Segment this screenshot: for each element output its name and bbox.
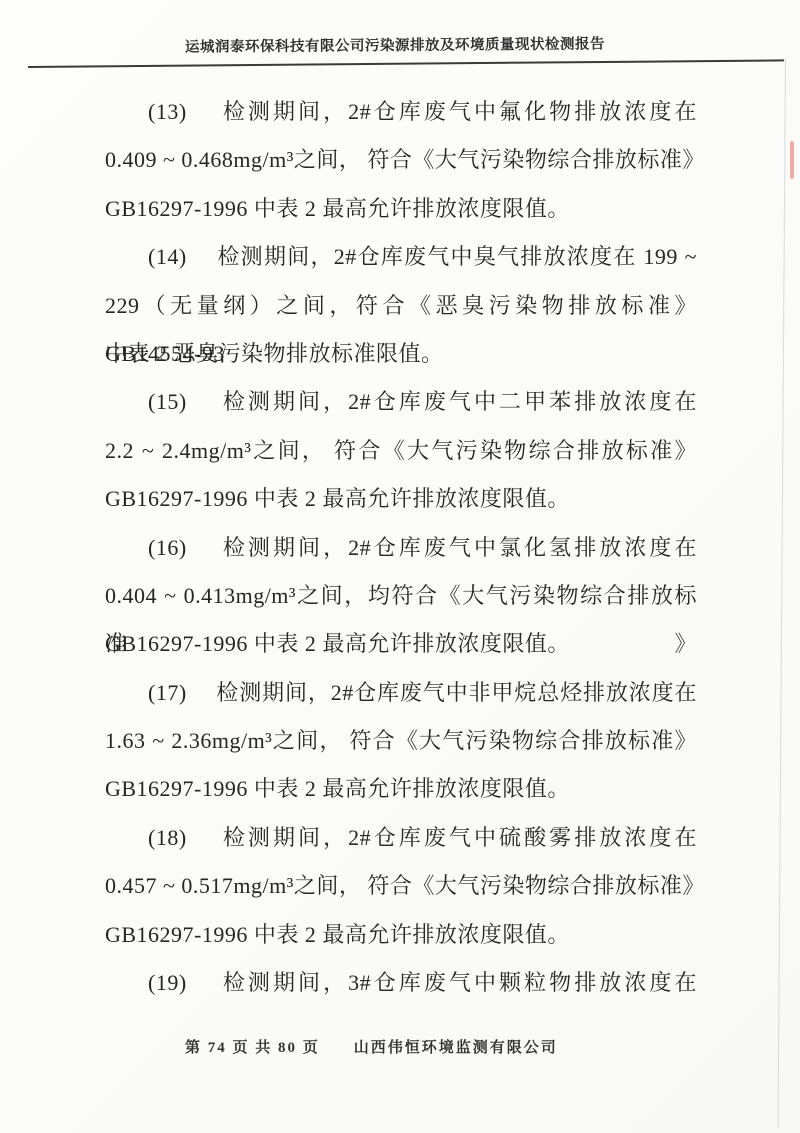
page-footer: 第 74 页 共 80 页 山西伟恒环境监测有限公司	[185, 1036, 558, 1057]
paragraph-18-line-1: (18) 检测期间，2#仓库废气中硫酸雾排放浓度在	[105, 814, 697, 862]
paragraph-14-line-1: (14) 检测期间，2#仓库废气中臭气排放浓度在 199 ~	[105, 233, 697, 281]
paragraph-15-line-2: 2.2 ~ 2.4mg/m³之间， 符合《大气污染物综合排放标准》	[105, 427, 697, 475]
document-page: 运城润泰环保科技有限公司污染源排放及环境质量现状检测报告 (13) 检测期间，2…	[0, 0, 800, 1133]
paragraph-18-line-2: 0.457 ~ 0.517mg/m³之间， 符合《大气污染物综合排放标准》	[105, 862, 697, 910]
scan-paper-edge-line	[778, 58, 786, 1128]
paragraph-16-line-2: 0.404 ~ 0.413mg/m³之间，均符合《大气污染物综合排放标准》	[105, 572, 697, 620]
paragraph-17-line-3: GB16297-1996 中表 2 最高允许排放浓度限值。	[105, 765, 697, 813]
scan-red-edge-mark	[790, 141, 794, 179]
paragraph-13-line-2: 0.409 ~ 0.468mg/m³之间， 符合《大气污染物综合排放标准》	[105, 136, 697, 184]
paragraph-19-line-1: (19) 检测期间，3#仓库废气中颗粒物排放浓度在	[105, 959, 697, 1007]
paragraph-18-line-3: GB16297-1996 中表 2 最高允许排放浓度限值。	[105, 911, 697, 959]
paragraph-17-line-1: (17) 检测期间，2#仓库废气中非甲烷总烃排放浓度在	[105, 669, 697, 717]
paragraph-14-line-3: 中表 2 恶臭污染物排放标准限值。	[105, 330, 697, 378]
header-divider	[28, 59, 784, 68]
report-body: (13) 检测期间，2#仓库废气中氟化物排放浓度在 0.409 ~ 0.468m…	[105, 88, 697, 1007]
paragraph-17-line-2: 1.63 ~ 2.36mg/m³之间， 符合《大气污染物综合排放标准》	[105, 717, 697, 765]
paragraph-13-line-1: (13) 检测期间，2#仓库废气中氟化物排放浓度在	[105, 88, 697, 136]
paragraph-14-line-2: 229（无量纲）之间，符合《恶臭污染物排放标准》GB14554-93	[105, 282, 697, 330]
paragraph-13-line-3: GB16297-1996 中表 2 最高允许排放浓度限值。	[105, 185, 697, 233]
paragraph-15-line-3: GB16297-1996 中表 2 最高允许排放浓度限值。	[105, 475, 697, 523]
page-number: 第 74 页 共 80 页	[185, 1036, 320, 1057]
footer-company-name: 山西伟恒环境监测有限公司	[354, 1036, 558, 1057]
page-header: 运城润泰环保科技有限公司污染源排放及环境质量现状检测报告	[0, 31, 790, 58]
report-title: 运城润泰环保科技有限公司污染源排放及环境质量现状检测报告	[185, 36, 605, 55]
paragraph-16-line-1: (16) 检测期间，2#仓库废气中氯化氢排放浓度在	[105, 524, 697, 572]
paragraph-15-line-1: (15) 检测期间，2#仓库废气中二甲苯排放浓度在	[105, 378, 697, 426]
